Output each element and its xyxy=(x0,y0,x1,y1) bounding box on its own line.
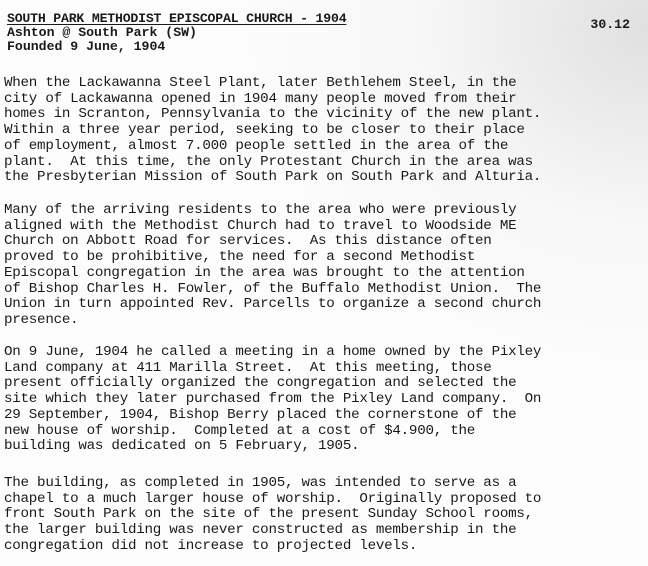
text-line: the Presbyterian Mission of South Park o… xyxy=(4,170,644,186)
text-line: front South Park on the site of the pres… xyxy=(4,507,644,523)
text-line: The building, as completed in 1905, was … xyxy=(4,476,644,492)
text-line: On 9 June, 1904 he called a meeting in a… xyxy=(4,345,644,361)
text-line: site which they later purchased from the… xyxy=(4,392,644,408)
text-line: Episcopal congregation in the area was b… xyxy=(4,266,644,282)
document-title: SOUTH PARK METHODIST EPISCOPAL CHURCH - … xyxy=(7,12,346,26)
text-line: the larger building was never constructe… xyxy=(4,523,644,539)
paragraph-4: The building, as completed in 1905, was … xyxy=(4,476,644,555)
text-line: plant. At this time, the only Protestant… xyxy=(4,155,644,171)
text-line: building was dedicated on 5 February, 19… xyxy=(4,439,644,455)
text-line: aligned with the Methodist Church had to… xyxy=(4,219,644,235)
text-line: 29 September, 1904, Bishop Berry placed … xyxy=(4,408,644,424)
text-line: present officially organized the congreg… xyxy=(4,376,644,392)
text-line: congregation did not increase to project… xyxy=(4,539,644,555)
text-line: city of Lackawanna opened in 1904 many p… xyxy=(4,92,644,108)
text-line: Many of the arriving residents to the ar… xyxy=(4,203,644,219)
text-line: Church on Abbott Road for services. As t… xyxy=(4,234,644,250)
founded-date: Founded 9 June, 1904 xyxy=(7,40,346,54)
text-line: When the Lackawanna Steel Plant, later B… xyxy=(4,76,644,92)
text-line: Land company at 411 Marilla Street. At t… xyxy=(4,361,644,377)
paragraph-1: When the Lackawanna Steel Plant, later B… xyxy=(4,76,644,186)
text-line: proved to be prohibitive, the need for a… xyxy=(4,250,644,266)
text-line: new house of worship. Completed at a cos… xyxy=(4,424,644,440)
text-line: Union in turn appointed Rev. Parcells to… xyxy=(4,297,644,313)
text-line: presence. xyxy=(4,313,644,329)
text-line: of Bishop Charles H. Fowler, of the Buff… xyxy=(4,282,644,298)
scanned-document-page: SOUTH PARK METHODIST EPISCOPAL CHURCH - … xyxy=(0,0,648,566)
paragraph-2: Many of the arriving residents to the ar… xyxy=(4,203,644,329)
paragraph-3: On 9 June, 1904 he called a meeting in a… xyxy=(4,345,644,455)
text-line: of employment, almost 7.000 people settl… xyxy=(4,139,644,155)
document-header: SOUTH PARK METHODIST EPISCOPAL CHURCH - … xyxy=(7,12,346,54)
page-number: 30.12 xyxy=(590,17,630,32)
text-line: chapel to a much larger house of worship… xyxy=(4,492,644,508)
church-location: Ashton @ South Park (SW) xyxy=(7,26,346,40)
text-line: Within a three year period, seeking to b… xyxy=(4,123,644,139)
text-line: homes in Scranton, Pennsylvania to the v… xyxy=(4,107,644,123)
